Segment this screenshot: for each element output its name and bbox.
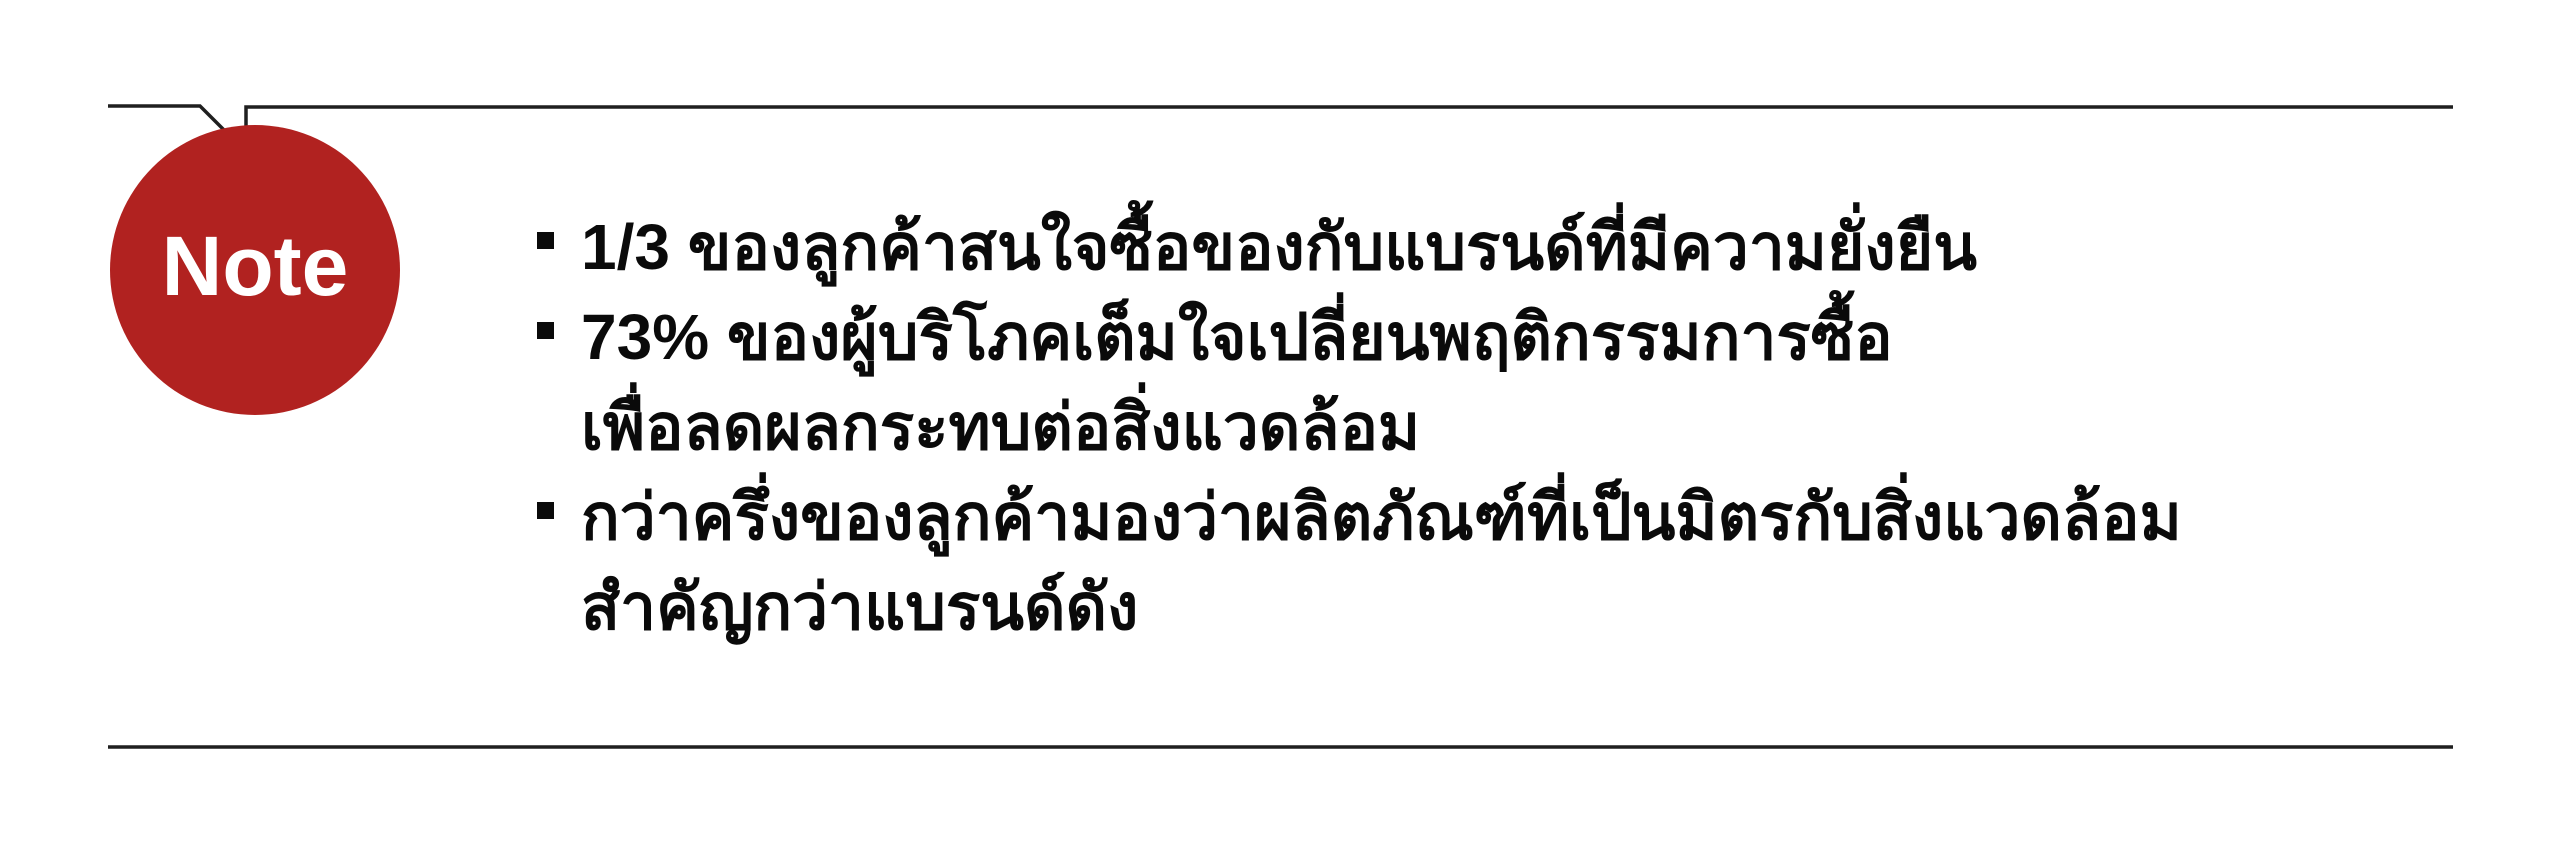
- list-item: 73% ของผู้บริโภคเต็มใจเปลี่ยนพฤติกรรมการ…: [537, 292, 2487, 472]
- top-divider-callout-line: [108, 106, 2453, 152]
- bullet-list: 1/3 ของลูกค้าสนใจซื้อของกับแบรนด์ที่มีคว…: [537, 202, 2487, 652]
- bullet-square-icon: [537, 322, 554, 339]
- note-badge-label: Note: [162, 224, 349, 308]
- bullet-text: 73% ของผู้บริโภคเต็มใจเปลี่ยนพฤติกรรมการ…: [581, 292, 1893, 472]
- bullet-square-icon: [537, 502, 554, 519]
- bullet-square-icon: [537, 232, 554, 249]
- list-item: 1/3 ของลูกค้าสนใจซื้อของกับแบรนด์ที่มีคว…: [537, 202, 2487, 292]
- list-item: กว่าครึ่งของลูกค้ามองว่าผลิตภัณฑ์ที่เป็น…: [537, 472, 2487, 652]
- note-badge: Note: [110, 125, 400, 415]
- bullet-text: กว่าครึ่งของลูกค้ามองว่าผลิตภัณฑ์ที่เป็น…: [581, 472, 2182, 652]
- bullet-text: 1/3 ของลูกค้าสนใจซื้อของกับแบรนด์ที่มีคว…: [581, 202, 1977, 292]
- note-slide: Note 1/3 ของลูกค้าสนใจซื้อของกับแบรนด์ที…: [0, 0, 2560, 843]
